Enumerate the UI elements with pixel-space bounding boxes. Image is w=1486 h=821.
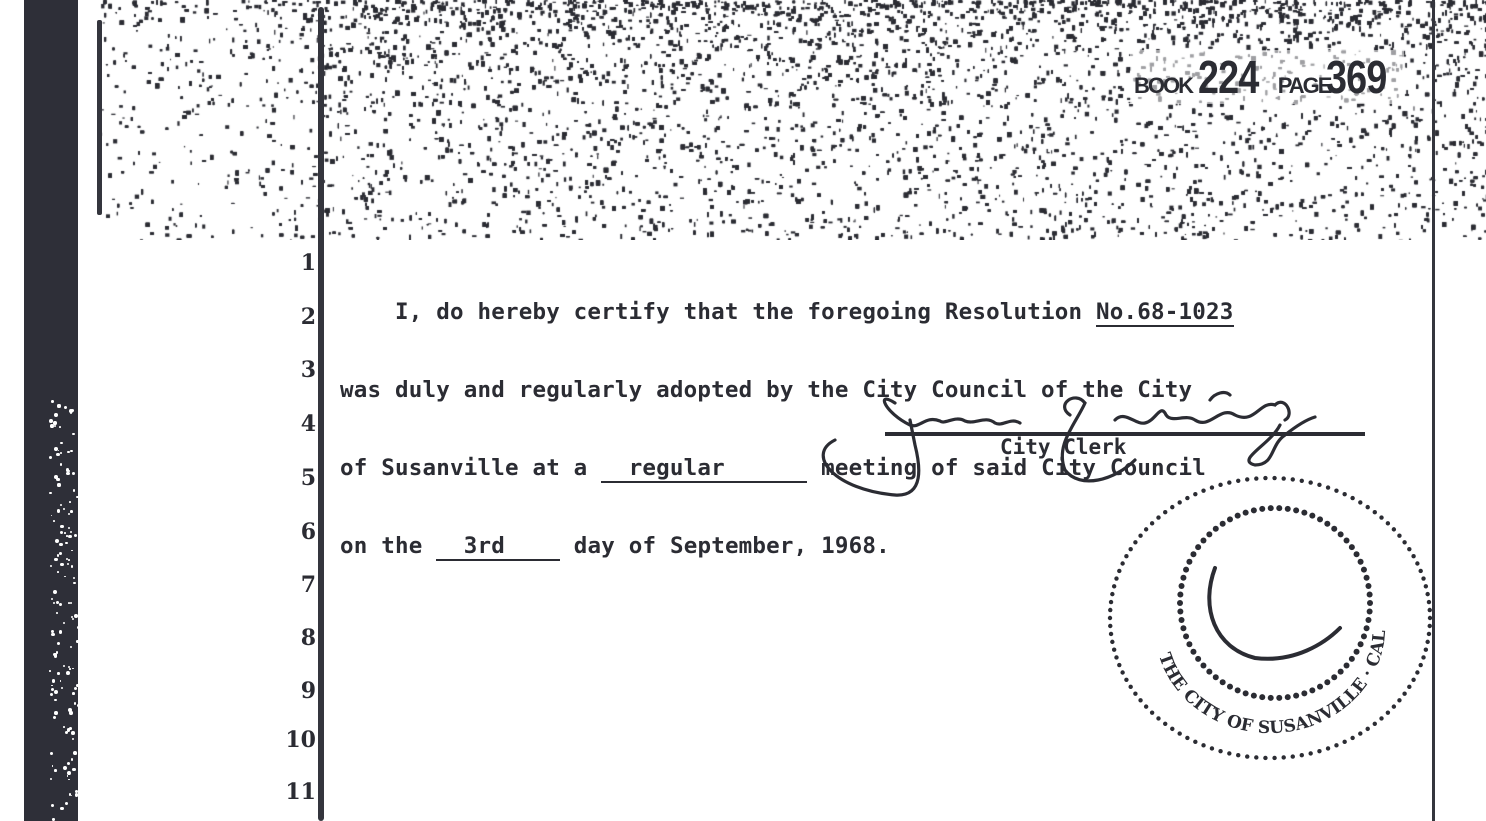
left-border-rule [97,20,102,215]
book-page-stamp: BOOK 224 PAGE 369 [1130,50,1404,104]
line-number: 8 [301,625,316,651]
meeting-type: regular [601,455,807,483]
line-number: 7 [301,572,316,598]
line-number: 5 [301,465,316,491]
book-label: BOOK [1134,73,1192,99]
scanner-edge-strip [24,0,78,821]
faded-header-noise [100,0,1486,240]
line-number: 4 [301,411,316,437]
line-number: 2 [301,304,316,330]
resolution-number: No.68-1023 [1096,299,1233,327]
signature-title: City Clerk [1000,435,1126,459]
line-number: 1 [301,250,316,276]
certification-line-1: I, do hereby certify that the foregoing … [340,299,1430,325]
line-number-margin-rule [318,7,324,821]
city-seal-icon: THE CITY OF SUSANVILLE · CALIFORNIA [1105,468,1435,768]
meeting-day: 3rd [436,533,560,561]
line-number: 3 [301,357,316,383]
line-number: 9 [301,678,316,704]
line-number: 6 [301,519,316,545]
seal-text: THE CITY OF SUSANVILLE · CALIFORNIA [1105,468,1390,738]
page-number: 369 [1326,50,1386,104]
line-number: 10 [285,727,316,753]
book-number: 224 [1198,50,1258,104]
scanned-document-page: BOOK 224 PAGE 369 1 2 3 4 5 6 7 8 9 10 1… [0,0,1486,821]
line-number: 11 [285,779,316,805]
page-label: PAGE [1278,73,1331,99]
